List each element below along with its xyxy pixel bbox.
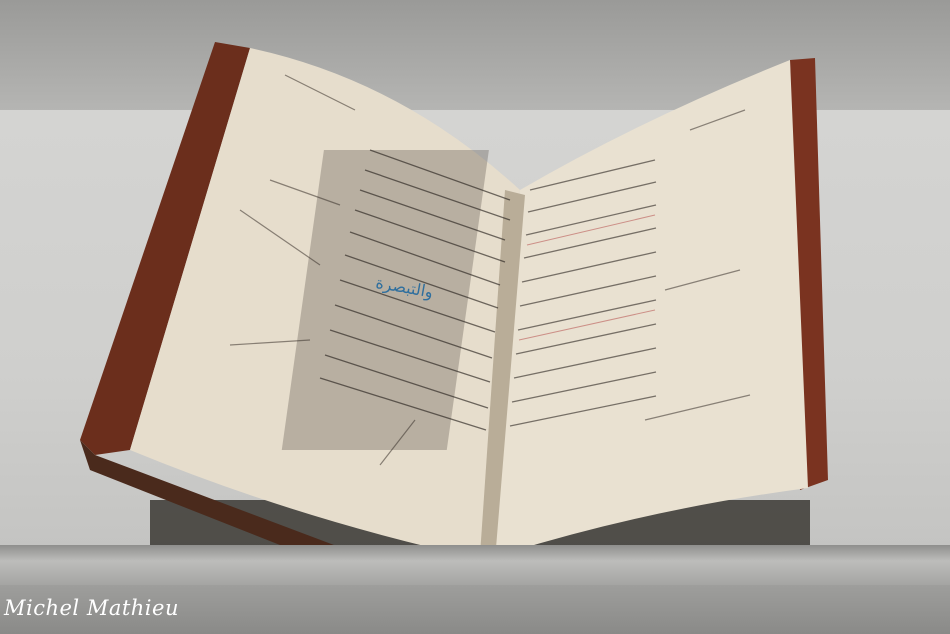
display-case-rail — [0, 545, 950, 585]
photographer-watermark: Michel Mathieu — [4, 596, 179, 620]
manuscript-book: والتبصرة — [0, 0, 950, 634]
